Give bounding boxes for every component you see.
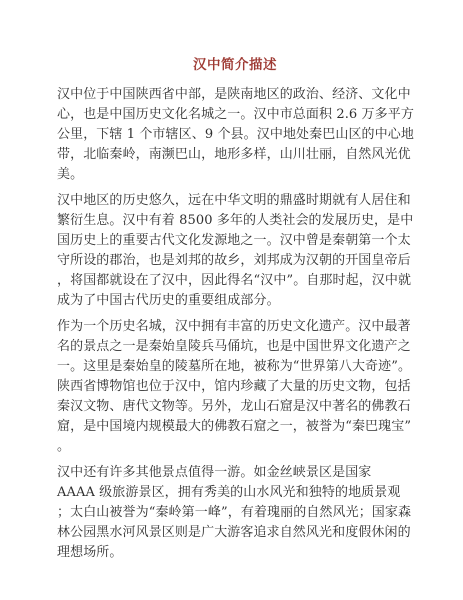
document-body: 汉中位于中国陕西省中部，是陕南地区的政治、经济、文化中心，也是中国历史文化名城之… xyxy=(57,85,413,563)
document-page: 汉中简介描述 汉中位于中国陕西省中部，是陕南地区的政治、经济、文化中心，也是中国… xyxy=(0,0,463,600)
text-line: 美。 xyxy=(57,165,413,185)
text-line: 公里，下辖 1 个市辖区、9 个县。汉中地处秦巴山区的中心地 xyxy=(57,125,413,145)
text-line: AAAA 级旅游景区，拥有秀美的山水风光和独特的地质景观 xyxy=(57,483,413,503)
text-line: 带，北临秦岭，南濒巴山，地形多样，山川壮丽，自然风光优 xyxy=(57,145,413,165)
text-line: ，将国都就设在了汉中，因此得名“汉中”。自那时起，汉中就 xyxy=(57,271,413,291)
text-line: 秦汉文物、唐代文物等。另外，龙山石窟是汉中著名的佛教石 xyxy=(57,397,413,417)
text-line: 作为一个历史名城，汉中拥有丰富的历史文化遗产。汉中最著 xyxy=(57,317,413,337)
text-line: 汉中还有许多其他景点值得一游。如金丝峡景区是国家 xyxy=(57,463,413,483)
text-line: 一。这里是秦始皇的陵墓所在地，被称为“世界第八大奇迹”。 xyxy=(57,357,413,377)
text-line: 国历史上的重要古代文化发源地之一。汉中曾是秦朝第一个太 xyxy=(57,231,413,251)
page-title: 汉中简介描述 xyxy=(57,57,413,74)
paragraph: 汉中位于中国陕西省中部，是陕南地区的政治、经济、文化中心，也是中国历史文化名城之… xyxy=(57,85,413,185)
text-line: 理想场所。 xyxy=(57,543,413,563)
text-line: 守所设的郡治，也是刘邦的故乡，刘邦成为汉朝的开国皇帝后 xyxy=(57,251,413,271)
text-line: 心，也是中国历史文化名城之一。汉中市总面积 2.6 万多平方 xyxy=(57,105,413,125)
text-line: 林公园黑水河风景区则是广大游客追求自然风光和度假休闲的 xyxy=(57,523,413,543)
text-line: 成为了中国古代历史的重要组成部分。 xyxy=(57,291,413,311)
text-line: 名的景点之一是秦始皇陵兵马俑坑，也是中国世界文化遗产之 xyxy=(57,337,413,357)
text-line: 。 xyxy=(57,437,413,457)
text-line: 繁衍生息。汉中有着 8500 多年的人类社会的发展历史，是中 xyxy=(57,211,413,231)
paragraph: 作为一个历史名城，汉中拥有丰富的历史文化遗产。汉中最著名的景点之一是秦始皇陵兵马… xyxy=(57,317,413,457)
paragraph: 汉中还有许多其他景点值得一游。如金丝峡景区是国家AAAA 级旅游景区，拥有秀美的… xyxy=(57,463,413,563)
text-line: ；太白山被誉为“秦岭第一峰”，有着瑰丽的自然风光；国家森 xyxy=(57,503,413,523)
paragraph: 汉中地区的历史悠久，远在中华文明的鼎盛时期就有人居住和繁衍生息。汉中有着 850… xyxy=(57,191,413,311)
text-line: 汉中位于中国陕西省中部，是陕南地区的政治、经济、文化中 xyxy=(57,85,413,105)
text-line: 汉中地区的历史悠久，远在中华文明的鼎盛时期就有人居住和 xyxy=(57,191,413,211)
text-line: 窟，是中国境内规模最大的佛教石窟之一，被誉为“秦巴瑰宝” xyxy=(57,417,413,437)
text-line: 陕西省博物馆也位于汉中，馆内珍藏了大量的历史文物，包括 xyxy=(57,377,413,397)
